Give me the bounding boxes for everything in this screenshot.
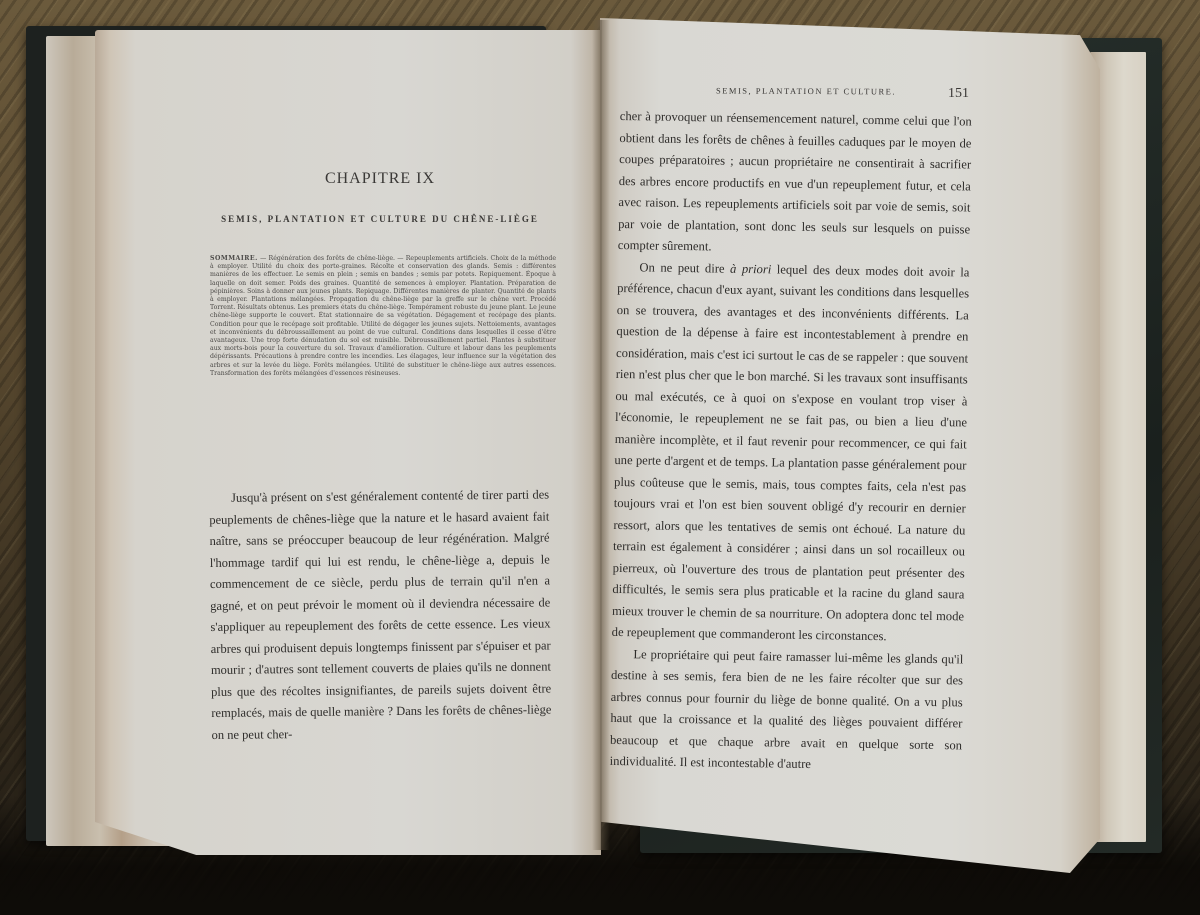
chapter-title: CHAPITRE IX (300, 170, 460, 188)
left-page-body: Jusqu'à présent on s'est généralement co… (209, 484, 552, 746)
book-gutter (592, 20, 610, 850)
chapter-summary: SOMMAIRE. — Régénération des forêts de c… (210, 255, 556, 378)
summary-label: SOMMAIRE. (210, 255, 258, 262)
chapter-subtitle: SEMIS, PLANTATION ET CULTURE DU CHÊNE-LI… (215, 214, 545, 224)
italic-phrase: à priori (730, 261, 771, 276)
paragraph: On ne peut dire à priori lequel des deux… (612, 256, 970, 648)
right-page-body: cher à provoquer un réensemencement natu… (610, 106, 972, 778)
running-head: SEMIS, PLANTATION ET CULTURE. (706, 85, 906, 96)
summary-text: — Régénération des forêts de chêne-liège… (210, 255, 556, 377)
paragraph: Le propriétaire qui peut faire ramasser … (610, 643, 964, 778)
paragraph: Jusqu'à présent on s'est généralement co… (209, 484, 552, 746)
page-number: 151 (948, 86, 969, 102)
paragraph: cher à provoquer un réensemencement natu… (618, 106, 972, 262)
